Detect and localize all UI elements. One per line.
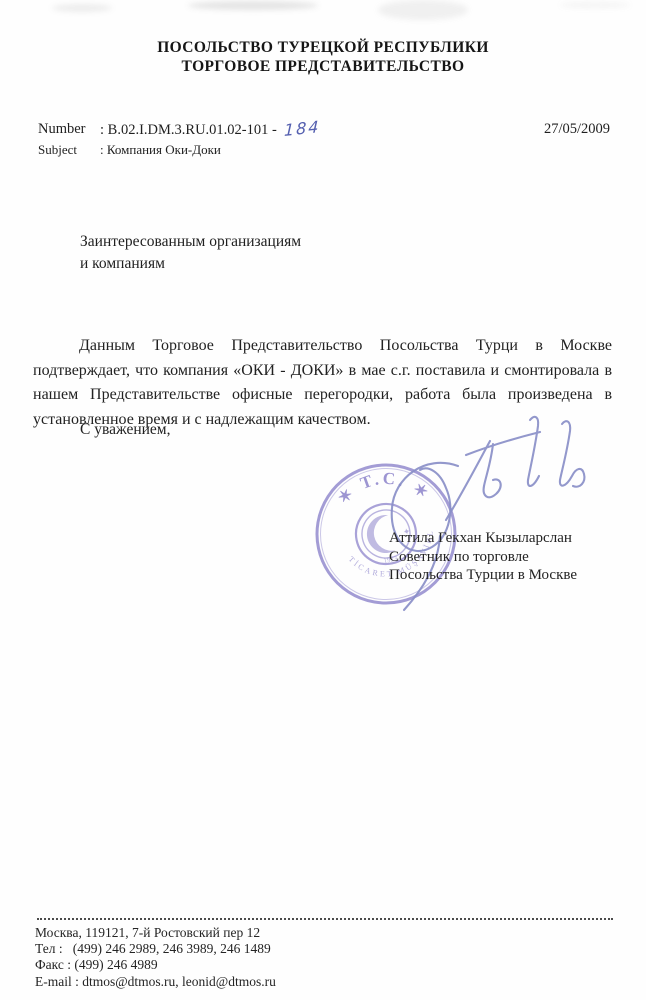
footer-address: Москва, 119121, 7-й Ростовский пер 12: [35, 925, 276, 941]
letter-date: 27/05/2009: [544, 120, 610, 138]
signatory-name: Аттила Гекхан Кызыларслан: [389, 529, 577, 548]
scanned-letter-page: ПОСОЛЬСТВО ТУРЕЦКОЙ РЕСПУБЛИКИ ТОРГОВОЕ …: [0, 0, 646, 1000]
footer-fax: Факс : (499) 246 4989: [35, 957, 276, 973]
footer-divider: [37, 918, 613, 920]
scan-artifact: [560, 2, 630, 8]
scan-artifact: [52, 4, 112, 12]
addressee-line2: и компаниям: [80, 253, 301, 275]
letterhead-line1: ПОСОЛЬСТВО ТУРЕЦКОЙ РЕСПУБЛИКИ: [0, 38, 646, 57]
scan-artifact: [378, 0, 468, 20]
subject-label: Subject: [38, 141, 100, 159]
signature-block: Аттила Гекхан Кызыларслан Советник по то…: [389, 529, 577, 585]
handwritten-signature: [380, 408, 595, 620]
number-printed: : B.02.I.DM.3.RU.01.02-101 -: [100, 122, 280, 138]
footer-email: E-mail : dtmos@dtmos.ru, leonid@dtmos.ru: [35, 974, 276, 990]
number-label: Number: [38, 120, 100, 139]
signatory-organization: Посольства Турции в Москве: [389, 566, 577, 585]
number-row: Number : B.02.I.DM.3.RU.01.02-101 - 184 …: [38, 120, 610, 139]
addressee-line1: Заинтересованным организациям: [80, 231, 301, 253]
subject-row: Subject : Компания Оки-Доки: [38, 141, 610, 159]
addressee-block: Заинтересованным организациям и компания…: [80, 231, 301, 275]
subject-value: : Компания Оки-Доки: [100, 141, 221, 159]
number-handwritten: 184: [284, 118, 321, 140]
letterhead: ПОСОЛЬСТВО ТУРЕЦКОЙ РЕСПУБЛИКИ ТОРГОВОЕ …: [0, 38, 646, 76]
reference-block: Number : B.02.I.DM.3.RU.01.02-101 - 184 …: [38, 120, 610, 159]
signatory-title: Советник по торговле: [389, 548, 577, 567]
closing-salutation: С уважением,: [80, 421, 171, 439]
footer-phone: Тел : (499) 246 2989, 246 3989, 246 1489: [35, 941, 276, 957]
letterhead-line2: ТОРГОВОЕ ПРЕДСТАВИТЕЛЬСТВО: [0, 57, 646, 76]
number-value: : B.02.I.DM.3.RU.01.02-101 - 184: [100, 120, 321, 139]
footer-contact-block: Москва, 119121, 7-й Ростовский пер 12 Те…: [35, 925, 276, 990]
scan-artifact: [188, 1, 318, 10]
